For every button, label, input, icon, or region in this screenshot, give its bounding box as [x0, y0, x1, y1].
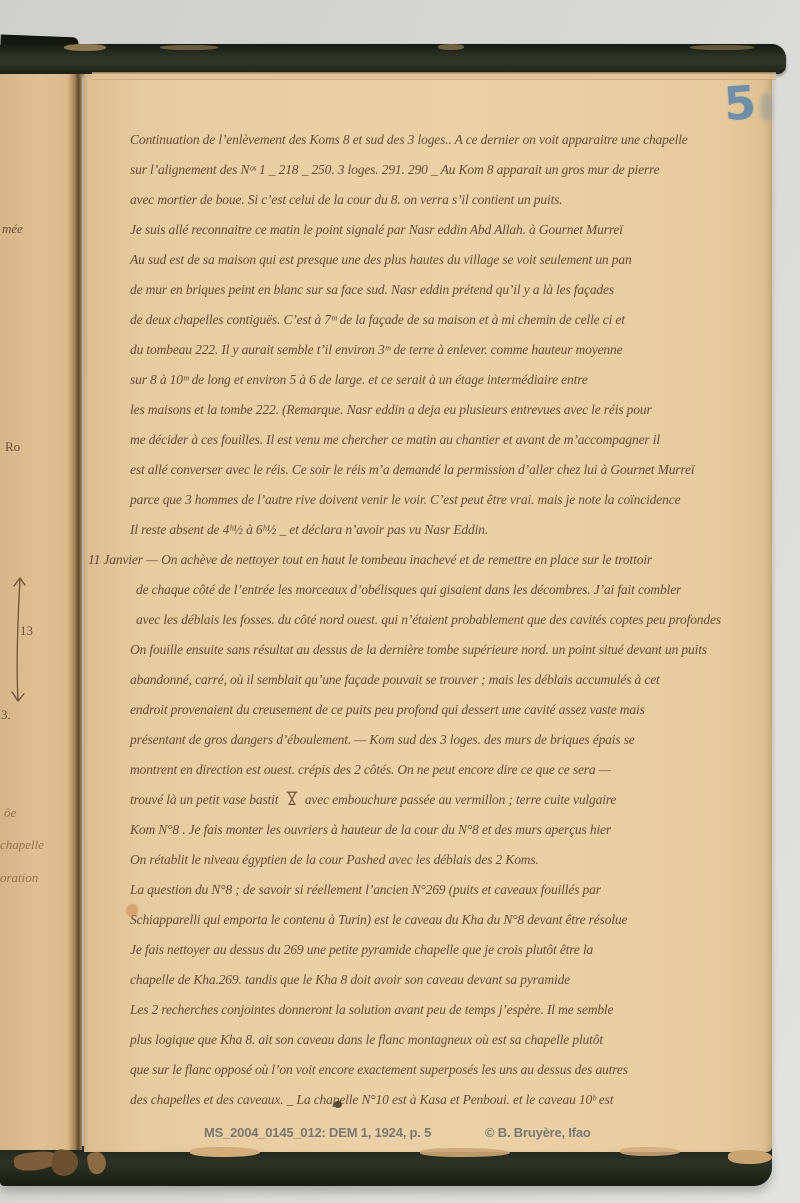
- manuscript-line: plus logique que Kha 8. ait son caveau d…: [130, 1031, 603, 1049]
- manuscript-line: de deux chapelles contiguës. C’est à 7ᵐ …: [130, 311, 625, 329]
- manuscript-line: Schiapparelli qui emporta le contenu à T…: [130, 911, 627, 929]
- torn-paper-bit: [728, 1150, 772, 1164]
- manuscript-line: On rétablit le niveau égyptien de la cou…: [130, 851, 539, 869]
- manuscript-line: Il reste absent de 4ʰ½ à 6ʰ½ _ et déclar…: [130, 521, 488, 539]
- manuscript-line: On fouille ensuite sans résultat au dess…: [130, 641, 707, 659]
- torn-paper-bit: [620, 1147, 680, 1156]
- manuscript-line-date: 11 Janvier — On achève de nettoyer tout …: [88, 551, 652, 569]
- manuscript-line: trouvé là un petit vase bastit avec embo…: [130, 791, 616, 809]
- manuscript-line: La question du N°8 ; de savoir si réelle…: [130, 881, 601, 899]
- stacked-page-edges: [92, 72, 776, 80]
- measurement-arrow-label: 13: [20, 624, 33, 637]
- manuscript-line: du tombeau 222. Il y aurait semble t’il …: [130, 341, 622, 359]
- margin-fragment: 3.: [1, 708, 11, 721]
- manuscript-line: me décider à ces fouilles. Il est venu m…: [130, 431, 660, 449]
- manuscript-line: avec les déblais les fosses. du côté nor…: [136, 611, 721, 629]
- manuscript-line: les maisons et la tombe 222. (Remarque. …: [130, 401, 652, 419]
- manuscript-line: Je suis allé reconnaitre ce matin le poi…: [130, 221, 623, 239]
- margin-fragment: Ro: [5, 440, 20, 453]
- torn-paper-bit: [420, 1148, 510, 1157]
- manuscript-line-text: trouvé là un petit vase bastit: [130, 792, 278, 807]
- cover-scuff: [160, 45, 218, 50]
- manuscript-page: 5 Continuation de l’enlèvement des Koms …: [84, 74, 772, 1152]
- manuscript-line: Au sud est de sa maison qui est presque …: [130, 251, 632, 269]
- scan-background: { "manuscript": { "page_number": "5", "i…: [0, 0, 800, 1203]
- ink-blot: [334, 1101, 342, 1108]
- manuscript-line: de mur en briques peint en blanc sur sa …: [130, 281, 614, 299]
- manuscript-line: abandonné, carré, où il semblait qu’une …: [130, 671, 660, 689]
- manuscript-line: de chaque côté de l’entrée les morceaux …: [136, 581, 681, 599]
- margin-fragment: ôe: [4, 806, 16, 819]
- torn-paper-bit: [190, 1147, 260, 1157]
- margin-fragment: oration: [0, 871, 38, 884]
- manuscript-line: des chapelles et des caveaux. _ La chape…: [130, 1091, 613, 1109]
- manuscript-line: est allé converser avec le réis. Ce soir…: [130, 461, 694, 479]
- cover-scuff: [438, 44, 464, 50]
- manuscript-line: que sur le flanc opposé où l’on voit enc…: [130, 1061, 628, 1079]
- manuscript-line: Continuation de l’enlèvement des Koms 8 …: [130, 131, 688, 149]
- blue-pencil-smudge: [760, 92, 772, 122]
- cover-scuff: [690, 45, 754, 50]
- manuscript-line: endroit provenaient du creusement de ce …: [130, 701, 645, 719]
- vase-sketch-icon: [286, 791, 298, 806]
- manuscript-line: montrent en direction est ouest. crépis …: [130, 761, 611, 779]
- previous-page-edge: mée Ro 13 3. ôe chapelle oration: [0, 74, 82, 1150]
- manuscript-line: Kom N°8 . Je fais monter les ouvriers à …: [130, 821, 611, 839]
- manuscript-line: chapelle de Kha.269. tandis que le Kha 8…: [130, 971, 570, 989]
- manuscript-line: Je fais nettoyer au dessus du 269 une pe…: [130, 941, 593, 959]
- manuscript-line: sur l’alignement des Nᵒˢ 1 _ 218 _ 250. …: [130, 161, 659, 179]
- notebook-cover-top-edge: [0, 44, 786, 74]
- manuscript-line: Les 2 recherches conjointes donneront la…: [130, 1001, 613, 1019]
- manuscript-line: avec mortier de boue. Si c’est celui de …: [130, 191, 563, 209]
- caption-archive-id: MS_2004_0145_012: DEM 1, 1924, p. 5: [204, 1126, 431, 1139]
- cover-scuff: [64, 44, 106, 51]
- page-number: 5: [722, 79, 757, 127]
- caption-credit: © B. Bruyère, Ifao: [485, 1126, 591, 1139]
- margin-fragment: mée: [2, 222, 23, 235]
- margin-fragment: chapelle: [0, 838, 44, 851]
- manuscript-line: parce que 3 hommes de l’autre rive doive…: [130, 491, 680, 509]
- manuscript-line: présentant de gros dangers d’éboulement.…: [130, 731, 635, 749]
- measurement-arrow: [6, 572, 34, 708]
- manuscript-line: sur 8 à 10ᵐ de long et environ 5 à 6 de …: [130, 371, 588, 389]
- manuscript-line-text: avec embouchure passée au vermillon ; te…: [305, 792, 616, 807]
